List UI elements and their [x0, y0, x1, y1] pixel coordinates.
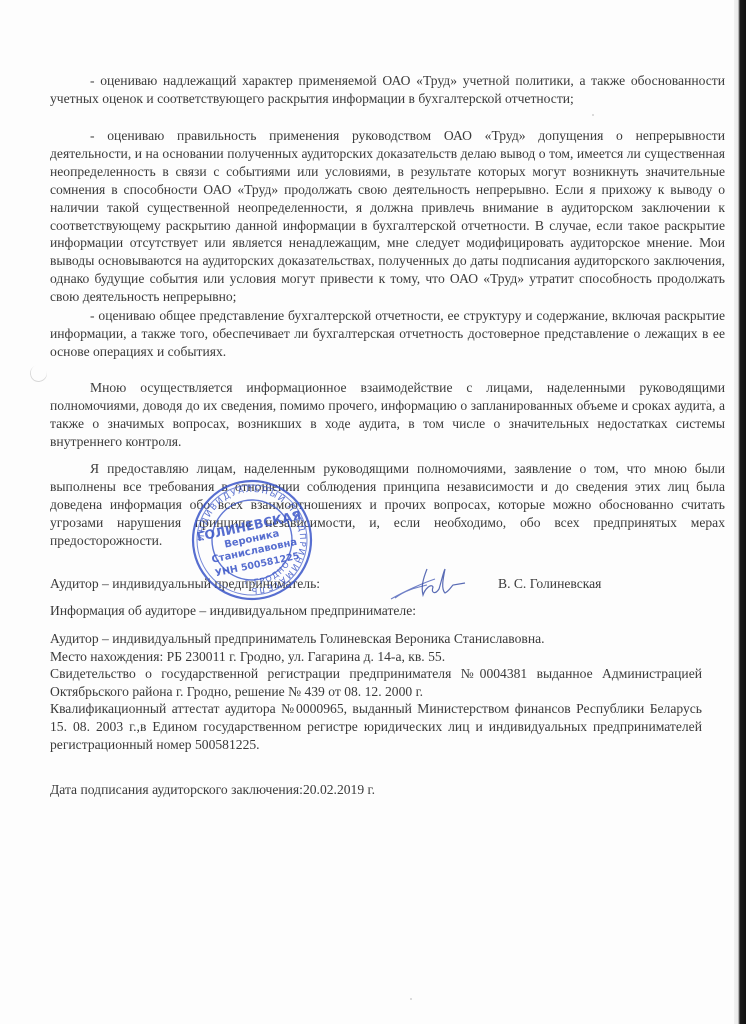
paragraph-text: Мною осуществляется информационное взаим…	[50, 379, 725, 451]
seal-icon: ИНДИВИДУАЛЬНЫЙ ПРЕДПРИНИМАТЕЛЬ г.ГРОДНО …	[190, 478, 314, 602]
paragraph-text: Я предоставляю лицам, наделенным руковод…	[50, 460, 725, 550]
info-line-auditor: Аудитор – индивидуальный предприниматель…	[50, 630, 702, 648]
paragraph-accounting-policy: - оцениваю надлежащий характер применяем…	[50, 72, 725, 108]
document-page: - оцениваю надлежащий характер применяем…	[0, 0, 734, 1024]
scan-speck	[592, 114, 594, 116]
auditor-info: Аудитор – индивидуальный предприниматель…	[50, 630, 702, 753]
scan-edge	[734, 0, 746, 1024]
info-heading: Информация об аудиторе – индивидуальном …	[50, 602, 416, 620]
scan-artifact	[28, 363, 50, 385]
signatory-name: В. С. Голиневская	[498, 575, 601, 593]
info-line-address: Место нахождения: РБ 230011 г. Гродно, у…	[50, 648, 702, 666]
paragraph-communication: Мною осуществляется информационное взаим…	[50, 379, 725, 451]
signature-icon	[387, 565, 467, 605]
paragraph-text: - оцениваю надлежащий характер применяем…	[50, 72, 725, 108]
paragraph-independence: Я предоставляю лицам, наделенным руковод…	[50, 460, 725, 550]
seal-stamp: ИНДИВИДУАЛЬНЫЙ ПРЕДПРИНИМАТЕЛЬ г.ГРОДНО …	[190, 478, 314, 602]
scan-speck	[410, 998, 412, 1000]
scan-speck	[706, 400, 708, 402]
info-line-registration: Свидетельство о государственной регистра…	[50, 665, 702, 700]
paragraph-text: - оцениваю правильность применения руков…	[50, 127, 725, 306]
signing-date: Дата подписания аудиторского заключения:…	[50, 781, 375, 799]
handwritten-signature	[387, 565, 467, 605]
paragraph-text: - оцениваю общее представление бухгалтер…	[50, 307, 725, 361]
paragraph-overall-presentation: - оцениваю общее представление бухгалтер…	[50, 307, 725, 361]
info-line-certificate: Квалификационный аттестат аудитора №0000…	[50, 700, 702, 753]
paragraph-going-concern: - оцениваю правильность применения руков…	[50, 127, 725, 306]
